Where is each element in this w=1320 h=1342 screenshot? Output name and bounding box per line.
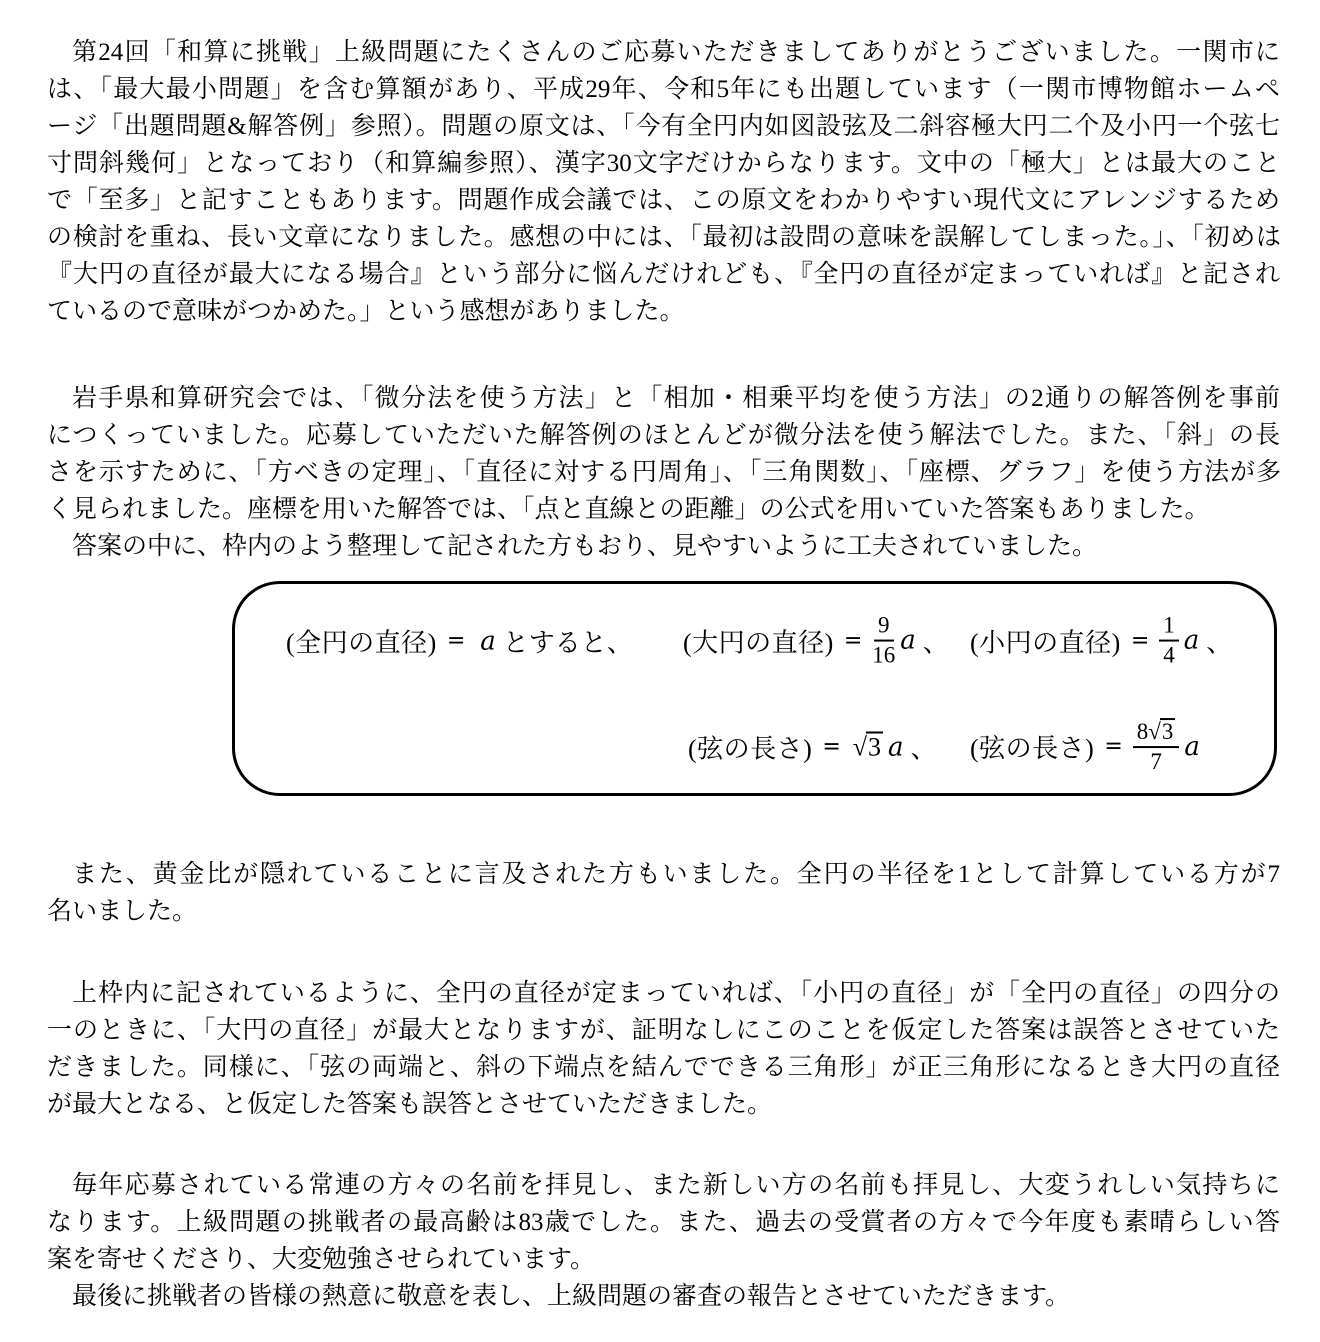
- text-line: 最後に挑戦者の皆様の熱意に敬意を表し、上級問題の審査の報告とさせていただきます。: [47, 1278, 1280, 1315]
- equals-sign: =: [822, 735, 840, 760]
- text-line: なります。上級問題の挑戦者の最高齢は83歳でした。また、過去の受賞者の方々で今年…: [47, 1204, 1280, 1241]
- document-page: 第24回「和算に挑戦」上級問題にたくさんのご応募いただきましてありがとうございま…: [0, 0, 1320, 1342]
- numerator-prefix: 8√: [1137, 719, 1161, 744]
- sqrt-3: √ 3: [853, 732, 883, 763]
- fraction-numerator: 1: [1159, 613, 1179, 642]
- formula-label: (小円の直径): [970, 623, 1121, 660]
- formula-large-circle-diameter: (大円の直径) = 9 16 a 、: [683, 613, 949, 670]
- variable-a: a: [1184, 626, 1200, 656]
- paragraph-incorrect-answers: 上枠内に記されているように、全円の直径が定まっていれば、「小円の直径」が「全円の…: [47, 975, 1280, 1123]
- fraction-denominator: 7: [1150, 749, 1162, 776]
- text-line: につくっていました。応募していただいた解答例のほとんどが微分法を使う解法でした。…: [47, 417, 1280, 454]
- text-line: は、「最大最小問題」を含む算額があり、平成29年、令和5年にも出題しています（一…: [47, 71, 1280, 108]
- text-line: が最大となる、と仮定した答案も誤答とさせていただきました。: [47, 1086, 1280, 1123]
- formula-tail: 、: [911, 729, 937, 766]
- formula-chord-length-sqrt3: (弦の長さ) = √ 3 a 、: [688, 729, 937, 766]
- fraction-8sqrt3-7: 8√3 7: [1133, 718, 1180, 776]
- text-line: 『大円の直径が最大になる場合』という部分に悩んだけれども、『全円の直径が定まって…: [47, 256, 1280, 293]
- text-line: 答案の中に、枠内のよう整理して記された方もおり、見やすいように工夫されていました…: [47, 528, 1280, 565]
- variable-a: a: [1184, 732, 1200, 762]
- text-line: 名いました。: [47, 893, 1280, 930]
- variable-a: a: [900, 626, 916, 656]
- formula-small-circle-diameter: (小円の直径) = 1 4 a 、: [970, 613, 1232, 670]
- text-line: また、黄金比が隠れていることに言及された方もいました。全円の半径を1として計算し…: [47, 856, 1280, 893]
- equals-sign: =: [447, 629, 465, 654]
- equals-sign: =: [1104, 735, 1122, 760]
- radicand: 3: [866, 732, 883, 761]
- text-line: の検討を重ね、長い文章になりました。感想の中には、「最初は設問の意味を誤解してし…: [47, 219, 1280, 256]
- variable-a: a: [480, 626, 496, 656]
- text-line: 案を寄せくださり、大変勉強させられています。: [47, 1241, 1280, 1278]
- paragraph-intro: 第24回「和算に挑戦」上級問題にたくさんのご応募いただきましてありがとうございま…: [47, 34, 1280, 330]
- variable-a: a: [888, 732, 904, 762]
- paragraph-golden-ratio: また、黄金比が隠れていることに言及された方もいました。全円の半径を1として計算し…: [47, 856, 1280, 930]
- fraction-9-16: 9 16: [872, 613, 895, 670]
- formula-label: (弦の長さ): [970, 729, 1094, 766]
- formula-label: (大円の直径): [683, 623, 834, 660]
- paragraph-answer-note: 答案の中に、枠内のよう整理して記された方もおり、見やすいように工夫されていました…: [47, 528, 1280, 565]
- formula-whole-circle-diameter: (全円の直径) = a とすると、: [286, 623, 633, 660]
- radicand: 3: [1160, 718, 1176, 744]
- paragraph-applicants: 毎年応募されている常連の方々の名前を拝見し、また新しい方の名前も拝見し、大変うれ…: [47, 1167, 1280, 1278]
- text-line: 一のときに、「大円の直径」が最大となりますが、証明なしにこのことを仮定した答案は…: [47, 1012, 1280, 1049]
- equals-sign: =: [844, 629, 862, 654]
- formula-tail: 、: [1206, 623, 1232, 660]
- text-line: で「至多」と記すこともあります。問題作成会議では、この原文をわかりやすい現代文に…: [47, 182, 1280, 219]
- formula-tail: とすると、: [503, 623, 633, 660]
- fraction-denominator: 4: [1163, 642, 1175, 669]
- text-line: 岩手県和算研究会では、「微分法を使う方法」と「相加・相乗平均を使う方法」の2通り…: [47, 380, 1280, 417]
- text-line: さを示すために、「方べきの定理」、「直径に対する円周角」、「三角関数」、「座標、…: [47, 454, 1280, 491]
- formula-chord-length-8sqrt3-7: (弦の長さ) = 8√3 7 a: [970, 718, 1200, 776]
- fraction-denominator: 16: [872, 642, 895, 669]
- fraction-1-4: 1 4: [1159, 613, 1179, 670]
- text-line: 上枠内に記されているように、全円の直径が定まっていれば、「小円の直径」が「全円の…: [47, 975, 1280, 1012]
- text-line: 寸問斜幾何」となっており（和算編参照）、漢字30文字だけからなります。文中の「極…: [47, 145, 1280, 182]
- radical-sign: √: [853, 733, 867, 763]
- formula-label: (全円の直径): [286, 623, 437, 660]
- text-line: 第24回「和算に挑戦」上級問題にたくさんのご応募いただきましてありがとうございま…: [47, 34, 1280, 71]
- text-line: く見られました。座標を用いた解答では、「点と直線との距離」の公式を用いていた答案…: [47, 491, 1280, 528]
- text-line: ているので意味がつかめた。」という感想がありました。: [47, 293, 1280, 330]
- text-line: 毎年応募されている常連の方々の名前を拝見し、また新しい方の名前も拝見し、大変うれ…: [47, 1167, 1280, 1204]
- text-line: ージ「出題問題&解答例」参照）。問題の原文は、「今有全円内如図設弦及二斜容極大円…: [47, 108, 1280, 145]
- formula-label: (弦の長さ): [688, 729, 812, 766]
- paragraph-research-society: 岩手県和算研究会では、「微分法を使う方法」と「相加・相乗平均を使う方法」の2通り…: [47, 380, 1280, 528]
- fraction-numerator: 8√3: [1133, 718, 1180, 748]
- formula-box: (全円の直径) = a とすると、 (大円の直径) = 9 16 a 、 (小円…: [232, 581, 1277, 796]
- fraction-numerator: 9: [874, 613, 894, 642]
- formula-tail: 、: [923, 623, 949, 660]
- equals-sign: =: [1131, 629, 1149, 654]
- paragraph-closing: 最後に挑戦者の皆様の熱意に敬意を表し、上級問題の審査の報告とさせていただきます。: [47, 1278, 1280, 1315]
- text-line: だきました。同様に、「弦の両端と、斜の下端点を結んでできる三角形」が正三角形にな…: [47, 1049, 1280, 1086]
